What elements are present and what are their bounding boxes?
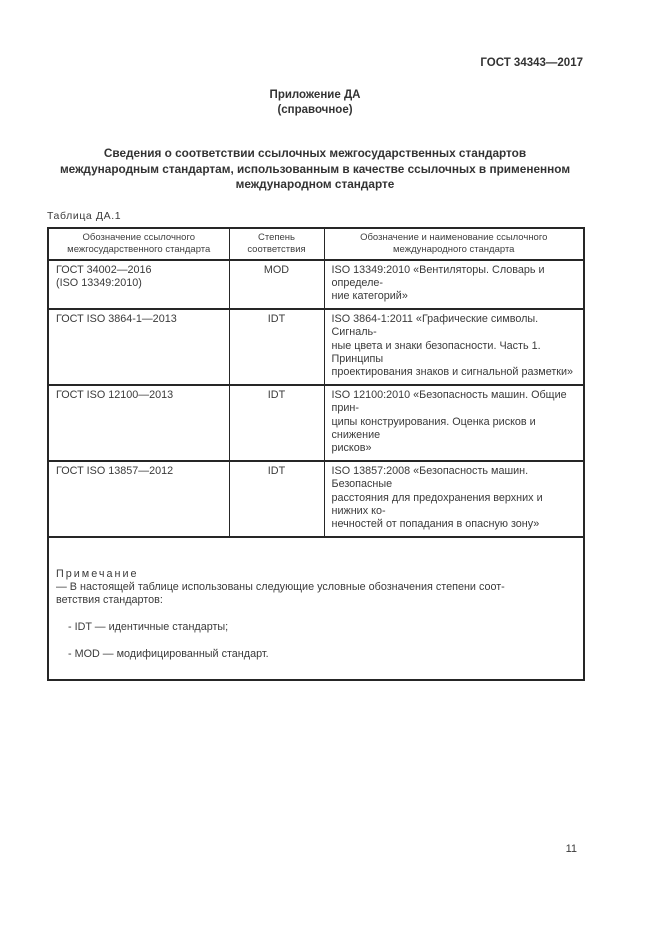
table-row: ГОСТ ISO 12100—2013 IDT ISO 12100:2010 «… — [48, 385, 584, 461]
international-standard-cell: ISO 12100:2010 «Безопасность машин. Общи… — [324, 385, 584, 461]
appendix-subtitle: (справочное) — [47, 103, 583, 118]
page-number: 11 — [566, 843, 577, 855]
degree-cell: IDT — [229, 385, 324, 461]
table-label: Таблица ДА.1 — [47, 210, 583, 222]
appendix-heading: Приложение ДА (справочное) — [47, 88, 583, 117]
document-page: ГОСТ 34343—2017 Приложение ДА (справочно… — [0, 0, 661, 935]
table-row: ГОСТ 34002—2016 (ISO 13349:2010) MOD ISO… — [48, 260, 584, 309]
degree-cell: IDT — [229, 461, 324, 537]
international-standard-cell: ISO 3864-1:2011 «Графические символы. Си… — [324, 309, 584, 385]
note-text: — В настоящей таблице использованы следу… — [56, 581, 505, 606]
table-row: ГОСТ ISO 13857—2012 IDT ISO 13857:2008 «… — [48, 461, 584, 537]
gost-standard-cell: ГОСТ ISO 12100—2013 — [48, 385, 229, 461]
note-item-idt: - IDT — идентичные стандарты; — [68, 621, 576, 634]
gost-standard-cell: ГОСТ ISO 13857—2012 — [48, 461, 229, 537]
table-header-row: Обозначение ссылочного межгосударственно… — [48, 228, 584, 260]
standards-correspondence-table: Обозначение ссылочного межгосударственно… — [47, 227, 585, 681]
col-header-gost-standard: Обозначение ссылочного межгосударственно… — [48, 228, 229, 260]
page-content: ГОСТ 34343—2017 Приложение ДА (справочно… — [47, 0, 583, 681]
table-note-cell: Примечание — В настоящей таблице использ… — [48, 537, 584, 680]
col-header-international-standard: Обозначение и наименование ссылочного ме… — [324, 228, 584, 260]
note-paragraph: Примечание — В настоящей таблице использ… — [56, 554, 576, 608]
col-header-degree: Степень соответствия — [229, 228, 324, 260]
note-label: Примечание — [56, 568, 139, 580]
table-row: ГОСТ ISO 3864-1—2013 IDT ISO 3864-1:2011… — [48, 309, 584, 385]
degree-cell: MOD — [229, 260, 324, 309]
international-standard-cell: ISO 13349:2010 «Вентиляторы. Словарь и о… — [324, 260, 584, 309]
international-standard-cell: ISO 13857:2008 «Безопасность машин. Безо… — [324, 461, 584, 537]
note-item-mod: - MOD — модифицированный стандарт. — [68, 648, 576, 661]
appendix-title: Приложение ДА — [47, 88, 583, 103]
degree-cell: IDT — [229, 309, 324, 385]
gost-standard-cell: ГОСТ ISO 3864-1—2013 — [48, 309, 229, 385]
doc-number: ГОСТ 34343—2017 — [47, 56, 583, 70]
page-title: Сведения о соответствии ссылочных межгос… — [47, 146, 583, 193]
gost-standard-cell: ГОСТ 34002—2016 (ISO 13349:2010) — [48, 260, 229, 309]
table-note-row: Примечание — В настоящей таблице использ… — [48, 537, 584, 680]
